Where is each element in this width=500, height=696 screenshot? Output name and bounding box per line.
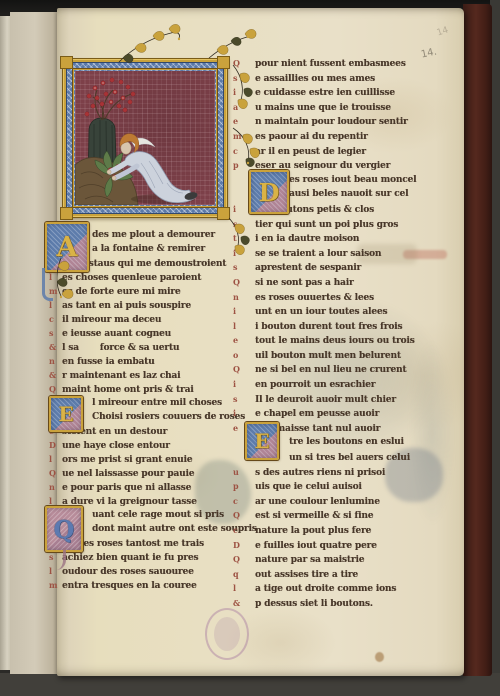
guide-letter: D [233,540,250,550]
stain-spot [375,652,384,662]
line-text: une haye close entour [62,441,170,451]
guide-letter: i [233,306,250,316]
guide-letter: q [233,569,250,579]
guide-letter: l [233,583,250,593]
line-text: l sa force & sa uertu [62,343,179,353]
text-line: u s des autres riens ni prisoi [233,467,464,482]
guide-letter: Q [49,384,60,394]
text-line: s tier qui sunt un poi plus gros [233,219,464,234]
line-text: u mains une que ie trouisse [255,103,391,113]
text-line: i e cuidasse estre ien cuillisse [233,87,464,102]
guide-letter: Q [233,554,250,564]
text-line: m es paour ai du repentir [233,131,464,146]
library-stamp [205,608,249,660]
text-line: e n maintain pour loudour sentir [233,116,464,131]
line-text: dont maint autre ont este soupris [92,524,257,534]
line-text: p dessus siet li boutons. [255,599,373,609]
line-text: ne si bel en nul lieu ne crurent [255,365,406,375]
guide-letter: Q [233,277,250,287]
line-text: r maintenant es laz chai [62,371,180,381]
line-text: pour nient fussent embasmees [255,59,406,69]
text-line: a u mains une que ie trouisse [233,102,464,117]
text-line: q out assises tire a tire [233,569,464,584]
line-text: s des autres riens ni prisoi [255,468,385,478]
line-text: en fusse ia embatu [62,357,155,367]
line-text: est si vermeille & si fine [255,511,373,521]
line-text: e ieusse auant cogneu [62,329,171,339]
manuscript-page: A E Q D E des me plout a demourer a la f… [57,8,464,676]
text-line: & p dessus siet li boutons. [233,598,464,613]
text-line: l a tige out droite comme ions [233,583,464,598]
guide-letter: a [233,102,250,112]
initial-letter: Q [54,515,75,544]
guide-letter: n [233,292,250,302]
line-text: ausi beles nauoit sur cel [289,189,408,199]
line-text: uil bouton mult men belurent [255,351,401,361]
line-text: i en ia dautre moison [255,234,359,244]
guide-letter: u [233,467,250,477]
text-line: D e fuilles iout quatre pere [233,540,464,555]
guide-letter: s [233,219,250,229]
text-line: i unt en un iour toutes alees [233,306,464,321]
manuscript-photo: A E Q D E des me plout a demourer a la f… [0,0,500,696]
guide-letter: & [233,598,250,608]
line-text: a tige out droite comme ions [255,584,396,594]
line-text: un si tres bel auers celui [289,453,410,463]
guide-letter: c [233,146,250,156]
line-text: Il le deuroit auoir mult chier [255,395,396,405]
initial-letter: A [57,232,78,263]
illuminated-initial-E: E [49,396,83,432]
line-text: oudour des roses sauouree [62,567,194,577]
line-text: en pourroit un esrachier [255,380,375,390]
line-text: nature la pout plus fere [255,526,371,536]
guide-letter: & [49,370,60,380]
text-line: s Il le deuroit auoir mult chier [233,394,464,409]
guide-letter: D [49,440,60,450]
guide-letter: o [233,350,250,360]
guide-letter: Q [233,510,250,520]
guide-letter: p [233,160,250,170]
guide-letter: l [49,300,60,310]
miniature-frame [62,58,228,218]
text-line: o uil bouton mult men belurent [233,350,464,365]
miniature-scene [75,71,215,205]
line-text: il mireour ma deceu [62,315,161,325]
guide-letter: s [233,73,250,83]
text-line: n es roses ouuertes & lees [233,292,464,307]
line-text: aprestent de sespanir [255,263,361,273]
guide-letter: Q [49,468,60,478]
line-text: nature par sa maistrie [255,555,364,565]
text-line: Q pour nient fussent embasmees [233,58,464,73]
text-line: c nature la pout plus fere [233,525,464,540]
line-text: i bouton durent tout fres frois [255,322,402,332]
guide-letter: Q [233,58,250,68]
guide-letter: l [233,321,250,331]
guide-letter: i [233,87,250,97]
guide-letter: & [49,342,60,352]
line-text: uis que ie celui auisoi [255,482,362,492]
gold-corner [217,207,230,220]
illuminated-initial-E: E [245,422,279,460]
illuminated-initial-Q: Q [45,506,83,552]
guide-letter: c [233,496,250,506]
line-text: se se traient a lour saison [255,249,381,259]
rose-bush [85,78,135,120]
text-line: p uis que ie celui auisoi [233,481,464,496]
text-line: c ar une coulour lenlumine [233,496,464,511]
text-line: Q est si vermeille & si fine [233,510,464,525]
text-line: i en pourroit un esrachier [233,379,464,394]
text-line: Q nature par sa maistrie [233,554,464,569]
text-column-right: Q pour nient fussent embasmees s e assai… [233,58,464,613]
line-text: entra tresques en la couree [62,581,197,591]
guide-letter: t [233,233,250,243]
line-text: a la fontaine & remirer [92,244,205,254]
text-line: c ar il en peust de legier [233,146,464,161]
text-line: l i bouton durent tout fres frois [233,321,464,336]
initial-letter: E [58,402,73,426]
guide-letter: l [49,496,60,506]
gold-corner [217,56,230,69]
gold-corner [60,56,73,69]
line-text: ar il en peust de legier [255,147,366,157]
text-line: Q ne si bel en nul lieu ne crurent [233,364,464,379]
line-text: ue nel laissasse pour pauie [62,469,194,479]
line-text: tier qui sunt un poi plus gros [255,220,398,230]
line-text: es choses quenleue paroient [62,273,201,283]
illuminated-initial-A: A [45,222,89,272]
guide-letter: l [49,454,60,464]
line-text: maint home ont pris & trai [62,385,194,395]
line-text: tout le mains deus iours ou trois [255,336,415,346]
guide-letter: c [233,525,250,535]
line-text: es paour ai du repentir [255,132,368,142]
backdrop-bottom [0,673,500,696]
guide-letter: e [233,116,250,126]
guide-letter: i [233,379,250,389]
text-line: i se se traient a lour saison [233,248,464,263]
guide-letter: p [233,481,250,491]
guide-letter: Q [233,364,250,374]
line-text: e pour paris que ni allasse [62,483,191,493]
guide-letter: e [233,335,250,345]
initial-letter: D [259,178,280,207]
guide-letter: s [233,394,250,404]
guide-letter: n [49,482,60,492]
line-text: n maintain pour loudour sentir [255,117,408,127]
text-line: s e assaillies ou mes ames [233,73,464,88]
guide-letter: m [233,131,250,141]
line-text: tre les boutons en eslui [289,437,404,447]
line-text: es de forte eure mi mire [62,287,180,297]
line-text: e assaillies ou mes ames [255,74,375,84]
guide-letter: i [233,248,250,258]
folio-number-faint: 14 [436,25,450,38]
line-text: uant cele rage mout si pris [92,510,224,520]
initial-letter: E [254,429,269,453]
line-text: si ne sont pas a hair [255,278,354,288]
guide-letter: i [233,408,250,418]
line-text: e fuilles iout quatre pere [255,541,377,551]
line-text: l mireour entre mil choses [92,398,222,408]
illuminated-initial-D: D [249,170,289,214]
line-text: unt en un iour toutes alees [255,307,387,317]
line-text: Choisi rosiers couuers de roses [92,412,245,422]
line-text: ors me prist si grant enuie [62,455,192,465]
text-line: s aprestent de sespanir [233,262,464,277]
line-text: es roses ouuertes & lees [255,293,374,303]
gold-corner [60,207,73,220]
text-line: Q si ne sont pas a hair [233,277,464,292]
text-line: e tout le mains deus iours ou trois [233,335,464,350]
line-text: e chapel em peusse auoir [255,409,379,419]
guide-letter: s [233,262,250,272]
line-text: out assises tire a tire [255,570,358,580]
text-line: t i en ia dautre moison [233,233,464,248]
guide-letter: s [49,328,60,338]
line-text: achiez bien quant ie fu pres [62,553,198,563]
guide-letter: n [49,356,60,366]
book-cover-edge [463,4,492,676]
line-text: ers les roses tantost me trais [62,539,204,549]
line-text: as tant en ai puis souspire [62,301,191,311]
guide-letter: m [49,580,60,590]
line-text: ar une coulour lenlumine [255,497,380,507]
line-text: e cuidasse estre ien cuillisse [255,88,395,98]
line-text: es roses iout beau moncel [289,175,416,185]
guide-letter: c [49,314,60,324]
line-text: des me plout a demourer [92,230,215,240]
guide-letter: i [233,204,250,214]
text-line: i e chapel em peusse auoir [233,408,464,423]
